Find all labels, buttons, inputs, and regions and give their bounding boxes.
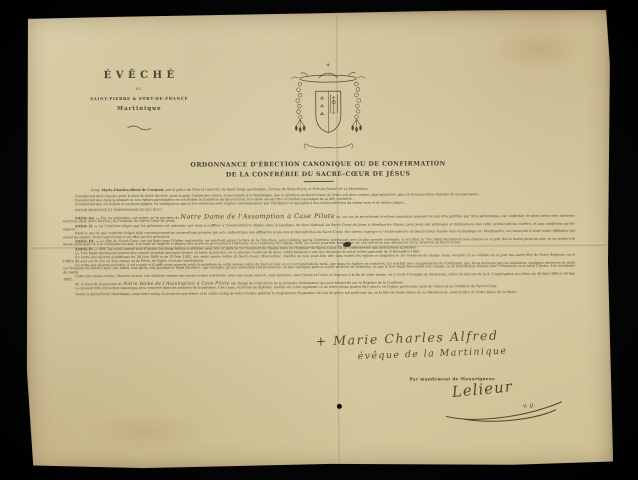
signature-flourish-icon (444, 396, 574, 427)
document-title-line2: DE LA CONFRÉRIE DU SACRÉ-CŒUR DE JÉSUS (25, 169, 612, 179)
episcopal-coat-of-arms-icon (280, 63, 376, 158)
document-title: ORDONNANCE D'ÉRECTION CANONIQUE OU DE CO… (25, 159, 612, 183)
paragraph-text: Donné à Saint-Pierre Martinique, sous no… (75, 290, 517, 296)
letterhead: ÉVÊCHÉ DE SAINT-PIERRE & FORT-DE-FRANCE … (74, 70, 204, 136)
vicar-signature-title: v. g. (523, 401, 536, 409)
paragraph-text: Nous, (91, 188, 102, 192)
paragraph-text: AVONS ORDONNÉ ET ORDONNONS CE QUI SUIT : (75, 208, 164, 212)
punch-hole-dot (337, 404, 342, 409)
paper-stain (86, 412, 206, 453)
paragraph: Donné à Saint-Pierre Martinique, sous no… (63, 290, 575, 296)
bishop-signature-name: + Marie Charles Alfred (315, 328, 499, 349)
paragraph-text: Miserebitur, (261, 255, 282, 259)
document-title-line1: ORDONNANCE D'ÉRECTION CANONIQUE OU DE CO… (25, 159, 612, 169)
document-paper: ÉVÊCHÉ DE SAINT-PIERRE & FORT-DE-FRANCE … (24, 9, 613, 470)
paragraph-text: Marie-Charles-Alfred de Cormont, (102, 188, 165, 192)
paragraph-text: Article II. — (75, 224, 99, 228)
paragraph-text: par la grâce de Dieu et l'autorité du Sa… (165, 187, 369, 192)
letterhead-title: ÉVÊCHÉ (74, 70, 204, 82)
letterhead-diocese: SAINT-PIERRE & FORT-DE-FRANCE (74, 96, 204, 102)
flourish-icon (74, 116, 204, 136)
paragraph-text: Considérant que les fidèles ne peuvent g… (75, 201, 405, 207)
paragraph: Considérant que les fidèles ne peuvent g… (63, 201, 575, 207)
body-text: Nous, Marie-Charles-Alfred de Cormont, p… (63, 187, 576, 298)
paper-stain (494, 30, 584, 70)
paragraph-text: Notre Dame de l'Assomption à Case Pilote (180, 212, 335, 221)
letterhead-de: DE (74, 87, 204, 92)
bishop-signature-title: évêque de la Martinique (357, 346, 507, 362)
letterhead-region: Martinique (74, 106, 204, 113)
title-rule (303, 181, 333, 182)
